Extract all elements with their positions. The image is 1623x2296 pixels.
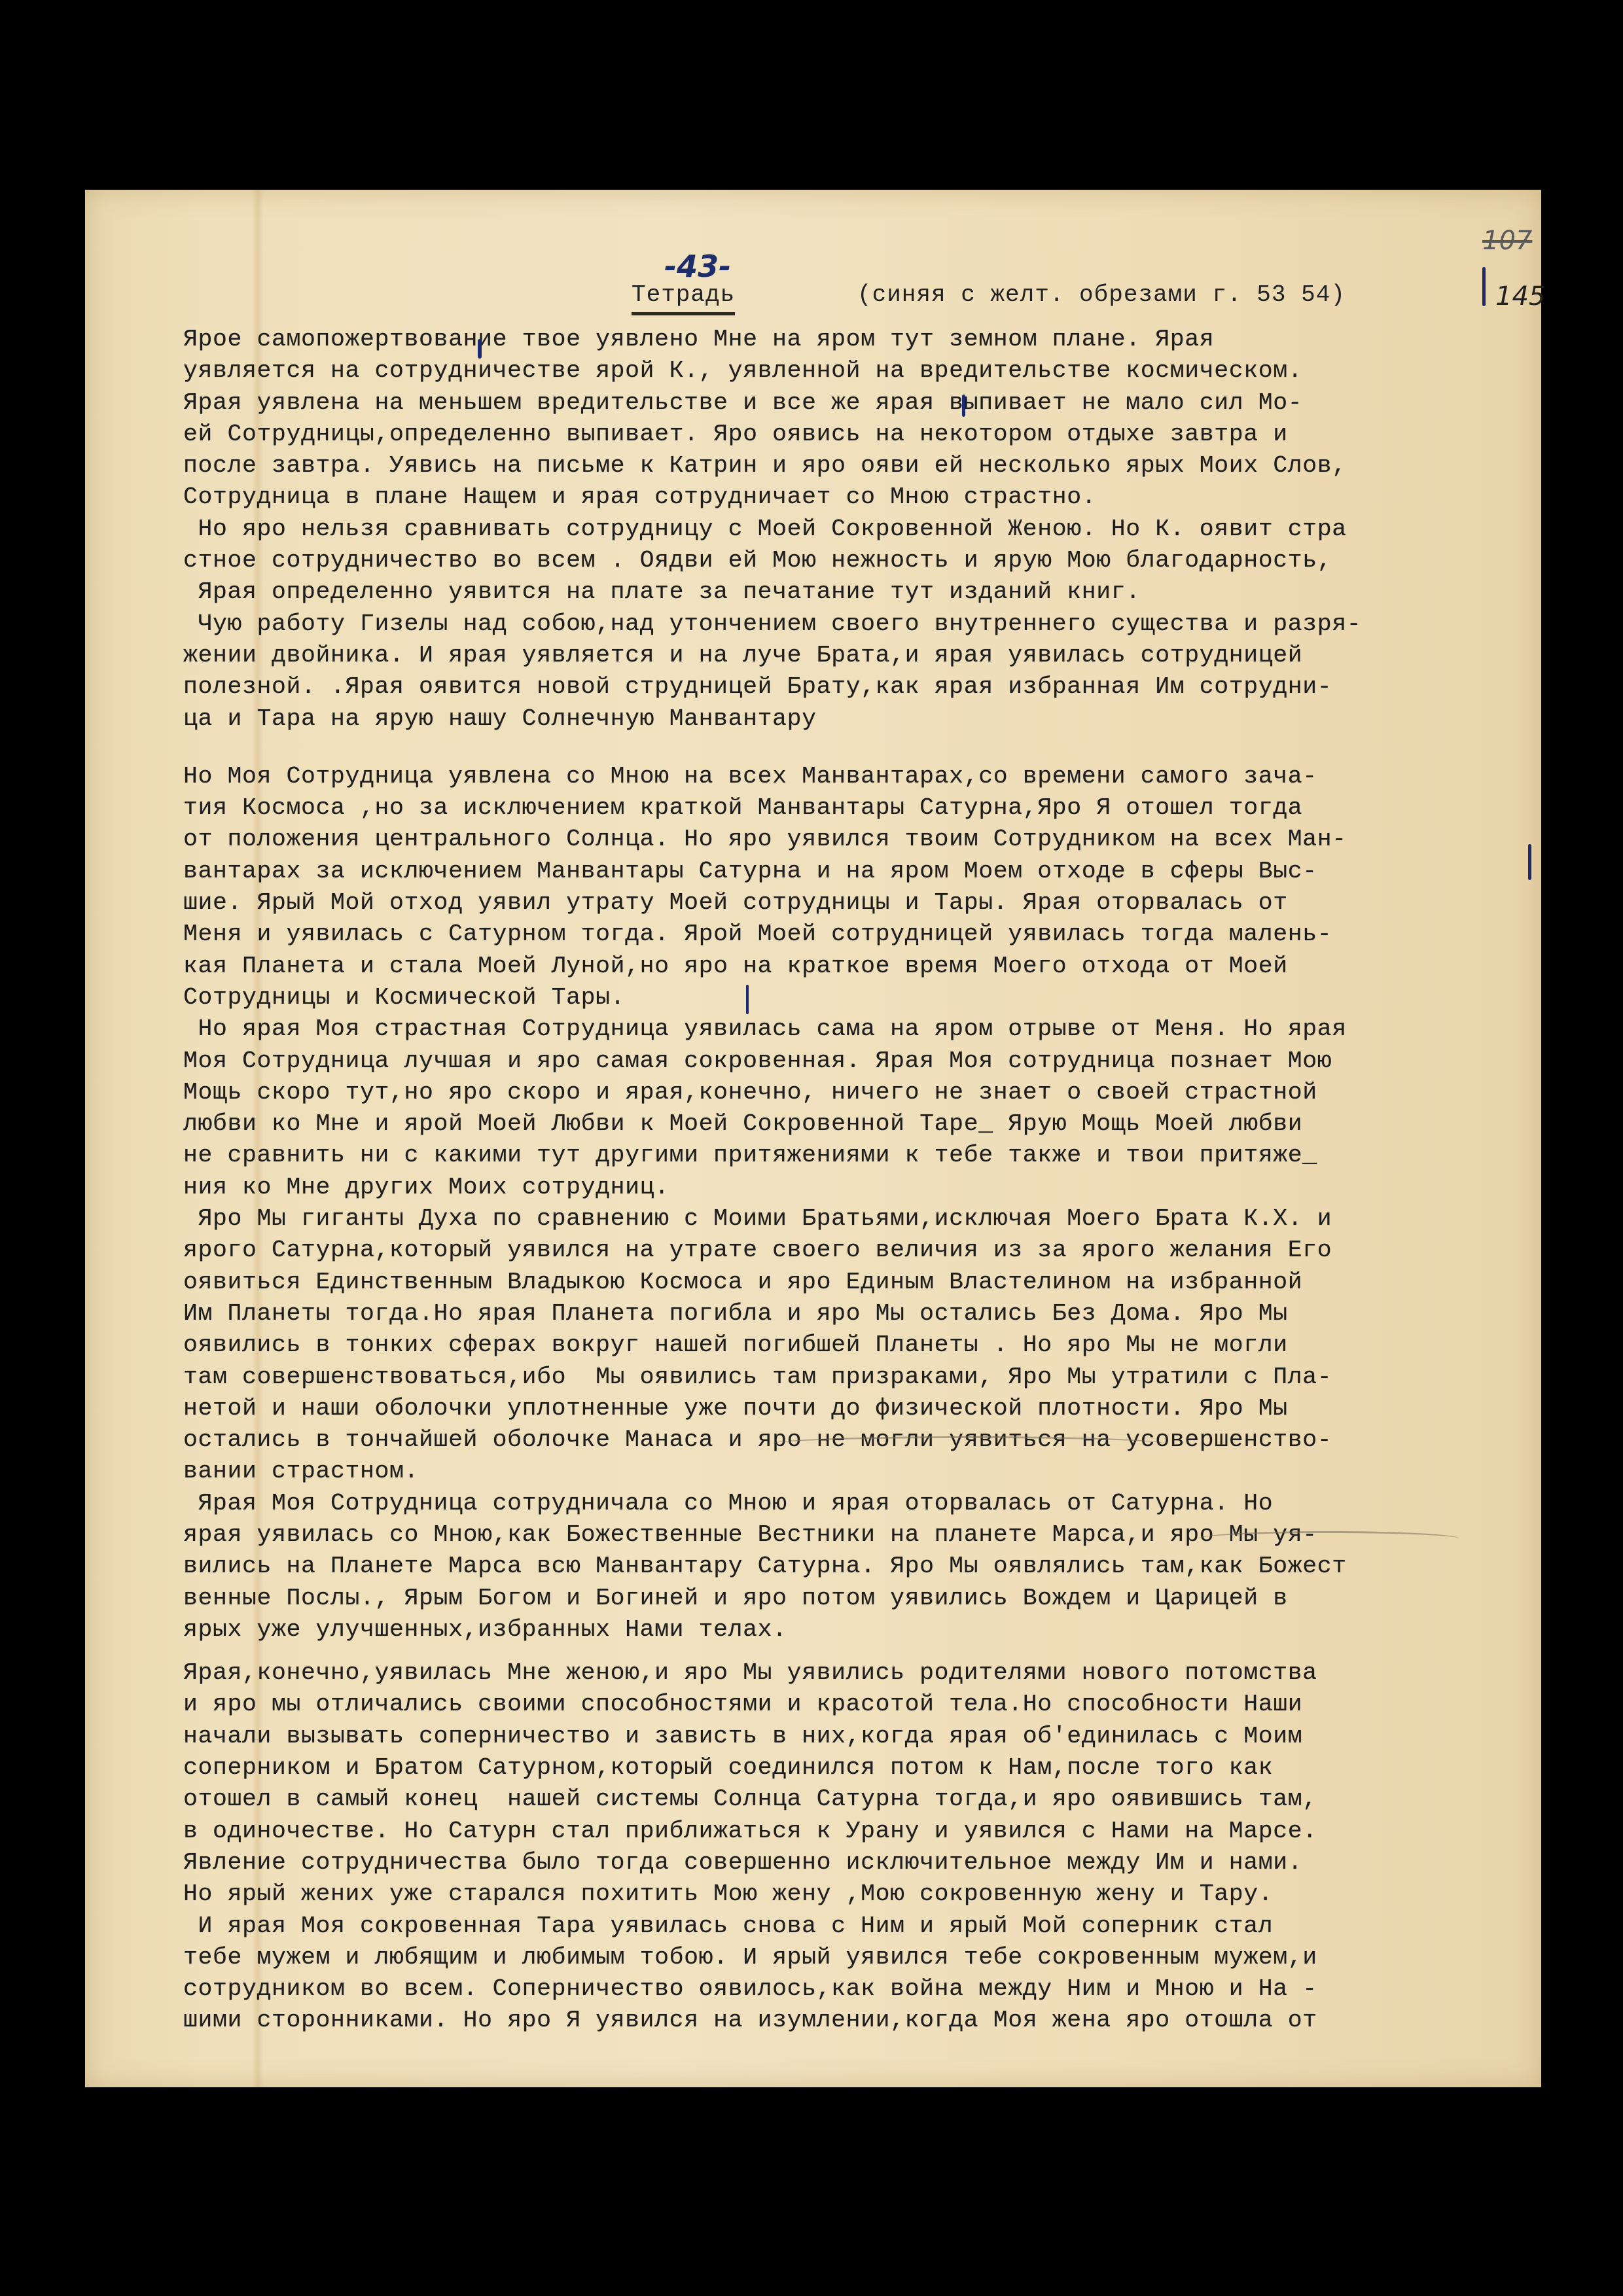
- text-line: начали вызывать соперничество и зависть …: [183, 1721, 1531, 1752]
- pen-correction-mark: [1528, 844, 1531, 880]
- text-line: венные Послы., Ярым Богом и Богиней и яр…: [183, 1583, 1531, 1614]
- text-line: ярых уже улучшенных,избранных Нами телах…: [183, 1614, 1531, 1646]
- text-line: не сравнить ни с какими тут другими прит…: [183, 1140, 1531, 1171]
- text-line: кая Планета и стала Моей Луной,но яро на…: [183, 951, 1531, 982]
- paragraph-2: Но Моя Сотрудница уявлена со Мною на все…: [183, 761, 1531, 1646]
- document-page: -43- Тетрадь (синяя с желт. обрезами г. …: [85, 190, 1541, 2087]
- text-line: Мощь скоро тут,но яро скоро и ярая,конеч…: [183, 1077, 1531, 1108]
- paragraph-3: Ярая,конечно,уявилась Мне женою,и яро Мы…: [183, 1657, 1531, 2037]
- text-line: от положения центрального Солнца. Но яро…: [183, 824, 1531, 855]
- text-line: Но ярая Моя страстная Сотрудница уявилас…: [183, 1014, 1531, 1045]
- pen-correction-mark: [962, 395, 965, 417]
- paragraph-gap: [183, 735, 1531, 761]
- paragraph-gap: [183, 1646, 1531, 1657]
- text-line: там совершенствоваться,ибо Мы оявились т…: [183, 1362, 1531, 1393]
- text-line: Ярая определенно уявится на плате за печ…: [183, 576, 1531, 608]
- text-line: ния ко Мне других Моих сотрудниц.: [183, 1172, 1531, 1203]
- archive-number-crossed: 107: [1482, 226, 1532, 256]
- text-line: сотрудником во всем. Соперничество оявил…: [183, 1973, 1531, 2005]
- text-line: Ярая Моя Сотрудница сотрудничала со Мною…: [183, 1488, 1531, 1519]
- text-line: вании страстном.: [183, 1456, 1531, 1487]
- text-line: полезной. .Ярая оявится новой струдницей…: [183, 671, 1531, 703]
- text-line: шие. Ярый Мой отход уявил утрату Моей со…: [183, 887, 1531, 919]
- text-line: Но Моя Сотрудница уявлена со Мною на все…: [183, 761, 1531, 792]
- text-line: Яро Мы гиганты Духа по сравнению с Моими…: [183, 1203, 1531, 1235]
- text-line: ярого Сатурна,который уявился на утрате …: [183, 1235, 1531, 1266]
- text-line: Ярая,конечно,уявилась Мне женою,и яро Мы…: [183, 1657, 1531, 1689]
- text-line: ей Сотрудницы,определенно выпивает. Яро …: [183, 419, 1531, 450]
- text-line: ца и Тара на ярую нашу Солнечную Манвант…: [183, 703, 1531, 735]
- text-line: после завтра. Уявись на письме к Катрин …: [183, 450, 1531, 482]
- pencil-underline: [772, 1436, 1165, 1451]
- paragraph-1: Ярое самопожертвование твое уявлено Мне …: [183, 324, 1531, 735]
- text-line: отошел в самый конец нашей системы Солнц…: [183, 1784, 1531, 1815]
- text-line: тия Космоса ,но за исключением краткой М…: [183, 792, 1531, 824]
- page-header: -43- Тетрадь (синяя с желт. обрезами г. …: [85, 236, 1541, 308]
- text-line: Моя Сотрудница лучшая и яро самая сокров…: [183, 1046, 1531, 1077]
- text-line: Чую работу Гизелы над собою,над утончени…: [183, 609, 1531, 640]
- text-line: стное сотрудничество во всем . Оядви ей …: [183, 545, 1531, 576]
- text-line: любви ко Мне и ярой Моей Любви к Моей Со…: [183, 1108, 1531, 1140]
- text-line: уявляется на сотрудничестве ярой К., уяв…: [183, 355, 1531, 387]
- text-line: Меня и уявилась с Сатурном тогда. Ярой М…: [183, 919, 1531, 950]
- text-line: Сотрудница в плане Нащем и ярая сотрудни…: [183, 482, 1531, 513]
- text-line: в одиночестве. Но Сатурн стал приближать…: [183, 1816, 1531, 1847]
- pen-correction-mark: [746, 985, 749, 1014]
- text-line: Им Планеты тогда.Но ярая Планета погибла…: [183, 1298, 1531, 1330]
- text-line: соперником и Братом Сатурном,который сое…: [183, 1752, 1531, 1784]
- archive-number: 145: [1495, 281, 1545, 311]
- text-line: шими сторонниками. Но яро Я уявился на и…: [183, 2005, 1531, 2036]
- text-line: нетой и наши оболочки уплотненные уже по…: [183, 1393, 1531, 1424]
- typed-body: Ярое самопожертвование твое уявлено Мне …: [183, 324, 1531, 2037]
- text-line: оявились в тонких сферах вокруг нашей по…: [183, 1330, 1531, 1361]
- page-subtitle: (синяя с желт. обрезами г. 53 54): [857, 281, 1346, 308]
- text-line: жении двойника. И ярая уявляется и на лу…: [183, 640, 1531, 671]
- text-line: Явление сотрудничества было тогда соверш…: [183, 1847, 1531, 1879]
- text-line: Но яро нельзя сравнивать сотрудницу с Мо…: [183, 514, 1531, 545]
- page-number-handwritten: -43-: [664, 249, 731, 284]
- text-line: Но ярый жених уже старался похитить Мою …: [183, 1879, 1531, 1910]
- page-title: Тетрадь: [632, 281, 735, 315]
- text-line: вантарах за исключением Манвантары Сатур…: [183, 856, 1531, 887]
- text-line: оявиться Единственным Владыкою Космоса и…: [183, 1267, 1531, 1298]
- pencil-underline: [1198, 1531, 1459, 1546]
- text-line: тебе мужем и любящим и любимым тобою. И …: [183, 1942, 1531, 1973]
- text-line: вились на Планете Марса всю Манвантару С…: [183, 1551, 1531, 1582]
- text-line: и яро мы отличались своими способностями…: [183, 1689, 1531, 1720]
- text-line: Ярая уявлена на меньшем вредительстве и …: [183, 387, 1531, 419]
- text-line: Сотрудницы и Космической Тары.: [183, 982, 1531, 1014]
- pen-correction-mark: [478, 339, 482, 359]
- text-line: И ярая Моя сокровенная Тара уявилась сно…: [183, 1911, 1531, 1942]
- pen-correction-mark: [1482, 267, 1486, 306]
- text-line: Ярое самопожертвование твое уявлено Мне …: [183, 324, 1531, 355]
